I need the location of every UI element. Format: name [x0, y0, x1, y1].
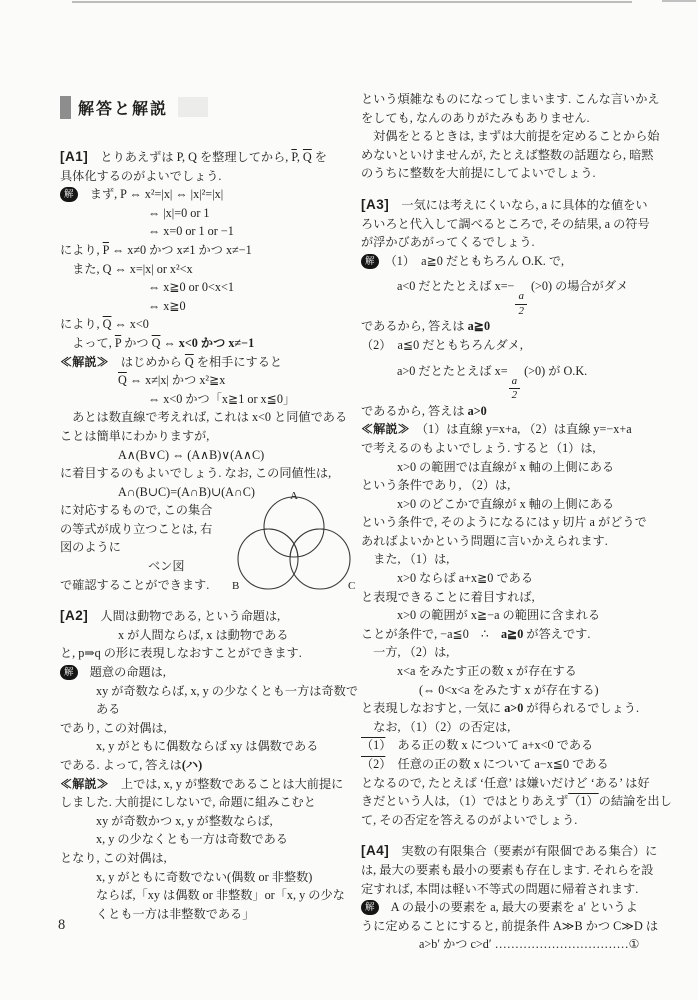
text-line: ≪解説≫ 上では, x, y が整数であることは大前提に — [60, 775, 360, 794]
text-line: という条件で, そのようになるには y 切片 a がどうで — [361, 513, 661, 532]
text-line: なお, （1）（2）の否定は, — [361, 718, 661, 737]
text-line: （2） 任意の正の数 x について a−x≦0 である — [361, 755, 661, 774]
text-line: a<0 だとたとえば x=−a2 (>0) の場合がダメ — [361, 270, 661, 317]
text-line: a>b′ かつ c>d′ ……………………………① — [361, 935, 661, 954]
text-line: となり, この対偶は, — [60, 849, 360, 868]
text-line: は, 最大の要素も最小の要素も存在します. それらを設 — [361, 861, 661, 880]
venn-circle-a — [264, 497, 324, 557]
text-line: x>0 の範囲が x≧−a の範囲に含まれる — [361, 606, 661, 625]
text-line: により, Q ⇔ x<0 — [60, 315, 360, 334]
text-line: ことは簡単にわかりますが, — [60, 427, 360, 446]
text-line: であるから, 答えは a>0 — [361, 402, 661, 421]
text-line: 対偶をとるときは, まずは大前提を定めることから始 — [361, 127, 661, 146]
text-line: x, y がともに奇数でない(偶数 or 非整数) — [60, 868, 360, 887]
text-line: x, y がともに偶数ならば xy は偶数である — [60, 737, 360, 756]
text-line: 解 A の最小の要素を a, 最大の要素を a′ というよ — [361, 898, 661, 917]
text-line: ⇔ x<0 かつ「x≧1 or x≦0」 — [60, 390, 360, 409]
right-column: という煩雑なものになってしまいます. こんな言いかえをしても, なんのありがたみ… — [361, 90, 661, 954]
text-line: x>0 ならば a+x≧0 である — [361, 569, 661, 588]
fraction: a2 — [509, 376, 521, 402]
problem-label: [A2] — [60, 608, 88, 623]
text-line: 具体化するのがよいでしょう. — [60, 167, 360, 186]
text-line: と, p⇒q の形に表現しなおすことができます. — [60, 644, 360, 663]
text-line: x が人間ならば, x は動物である — [60, 626, 360, 645]
fraction: a2 — [515, 291, 527, 317]
text-line: [A3] 一気には考えにくいなら, a に具体的な値をい — [361, 196, 661, 215]
text-line: と表現できることに着目すれば, — [361, 588, 661, 607]
scan-artifact-corner — [662, 0, 696, 2]
text-line: ⇔ |x|=0 or 1 — [60, 204, 360, 223]
text-line: また, Q ⇔ x=|x| or x²<x — [60, 260, 360, 279]
text-line: が浮かびあがってくるでしょう. — [361, 233, 661, 252]
text-line: ならば,「xy は偶数 or 非整数」or「x, y の少な — [60, 886, 360, 905]
text-line: 解 まず, P ⇔ x²=|x| ⇔ |x|²=|x| — [60, 185, 360, 204]
spacer — [361, 183, 661, 196]
text-line: という煩雑なものになってしまいます. こんな言いかえ — [361, 90, 661, 109]
text-line: きだという人は, （1）ではとりあえず（1）の結論を出し — [361, 792, 661, 811]
text-line: A∧(B∨C) ⇔ (A∧B)∨(A∧C) — [60, 446, 360, 465]
text-line: [A1] とりあえずは P, Q を整理してから, P, Q を — [60, 148, 360, 167]
text-line: めないといけませんが, たとえば整数の話題なら, 暗黙 — [361, 146, 661, 165]
venn-label-b: B — [232, 580, 239, 592]
venn-circle-b — [238, 529, 298, 589]
section-header: 解答と解説 — [60, 95, 208, 119]
venn-label-c: C — [348, 580, 355, 592]
page-title: 解答と解説 — [78, 96, 168, 119]
text-line: くとも一方は非整数である」 — [60, 905, 360, 924]
text-line: x<a をみたす正の数 x が存在する — [361, 662, 661, 681]
solution-badge: 解 — [60, 187, 78, 202]
spacer — [361, 829, 661, 842]
text-line: のうちに整数を大前提にしてよいでしょう. — [361, 164, 661, 183]
text-line: 解 題意の命題は, — [60, 663, 360, 682]
text-line: 定すれば, 本問は軽い不等式の問題に帰着されます. — [361, 880, 661, 899]
text-line: うに定めることにすると, 前提条件 A≫B かつ C≫D は — [361, 917, 661, 936]
text-line: (⇔ 0<x<a をみたす x が存在する) — [361, 681, 661, 700]
text-line: 一方, （2）は, — [361, 643, 661, 662]
text-line: である. よって, 答えは(ハ) — [60, 756, 360, 775]
text-line: [A4] 実数の有限集合（要素が有限個である集合）に — [361, 842, 661, 861]
text-line: しました. 大前提にしないで, 命題に組みこむと — [60, 793, 360, 812]
text-line: また, （1）は, — [361, 550, 661, 569]
solution-badge: 解 — [361, 900, 379, 915]
header-ghost-mark — [178, 97, 208, 117]
problem-label: [A1] — [60, 149, 88, 164]
text-line: という条件であり, （2）は, — [361, 476, 661, 495]
solution-badge: 解 — [60, 665, 78, 680]
text-line: ことが条件で, −a≦0 ∴ a≧0 が答えです. — [361, 625, 661, 644]
text-line: よって, P かつ Q ⇔ x<0 かつ x≠−1 — [60, 334, 360, 353]
venn-label-a: A — [290, 490, 298, 502]
text-line: ≪解説≫ はじめから Q を相手にすると — [60, 353, 360, 372]
text-line: xy が奇数ならば, x, y の少なくとも一方は奇数で — [60, 682, 360, 701]
text-line: に着目するのもよいでしょう. なお, この同値性は, — [60, 464, 360, 483]
text-line: ある — [60, 700, 360, 719]
text-line: 解 （1） a≧0 だともちろん O.K. で, — [361, 252, 661, 271]
solution-badge: 解 — [361, 254, 379, 269]
text-line: ⇔ x=0 or 1 or −1 — [60, 222, 360, 241]
text-line: ⇔ x≧0 or 0<x<1 — [60, 278, 360, 297]
text-line: て, その否定を答えるのがよいでしょう. — [361, 811, 661, 830]
text-line: x, y の少なくとも一方は奇数である — [60, 830, 360, 849]
problem-label: [A4] — [361, 843, 389, 858]
problem-label: [A3] — [361, 197, 389, 212]
text-line: となるので, たとえば ‘任意’ は嫌いだけど ‘ある’ は好 — [361, 774, 661, 793]
text-line: （2） a≦0 だともちろんダメ, — [361, 336, 661, 355]
text-line: と表現しなおすと, 一気に a>0 が得られるでしょう. — [361, 699, 661, 718]
text-line: ろいろと代入して調べるところで, その結果, a の符号 — [361, 215, 661, 234]
venn-shaded-intersections — [238, 529, 350, 589]
header-accent-bar — [60, 96, 71, 119]
text-line: であり, この対偶は, — [60, 719, 360, 738]
text-line: により, P ⇔ x≠0 かつ x≠1 かつ x≠−1 — [60, 241, 360, 260]
text-line: ≪解説≫ （1）は直線 y=x+a, （2）は直線 y=−x+a — [361, 420, 661, 439]
text-line: [A2] 人間は動物である, という命題は, — [60, 607, 360, 626]
text-line: x>0 のどこかで直線が x 軸の上側にある — [361, 495, 661, 514]
text-line: あればよいかという問題に言いかえられます. — [361, 532, 661, 551]
text-line: a>0 だとたとえば x=a2 (>0) が O.K. — [361, 355, 661, 402]
scan-artifact-top-line — [72, 1, 632, 3]
text-line: で考えるのもよいでしょう. すると（1）は, — [361, 439, 661, 458]
venn-diagram: A B C — [224, 489, 356, 597]
text-line: あとは数直線で考えれば, これは x<0 と同値である — [60, 408, 360, 427]
text-line: （1） ある正の数 x について a+x<0 である — [361, 736, 661, 755]
text-line: をしても, なんのありがたみもありません. — [361, 109, 661, 128]
text-line: Q ⇔ x≠|x| かつ x²≧x — [60, 371, 360, 390]
text-line: ⇔ x≧0 — [60, 297, 360, 316]
page-number: 8 — [58, 917, 65, 934]
text-line: であるから, 答えは a≧0 — [361, 317, 661, 336]
venn-circle-c — [290, 529, 350, 589]
text-line: x>0 の範囲では直線が x 軸の上側にある — [361, 458, 661, 477]
text-line: xy が奇数かつ x, y が整数ならば, — [60, 812, 360, 831]
